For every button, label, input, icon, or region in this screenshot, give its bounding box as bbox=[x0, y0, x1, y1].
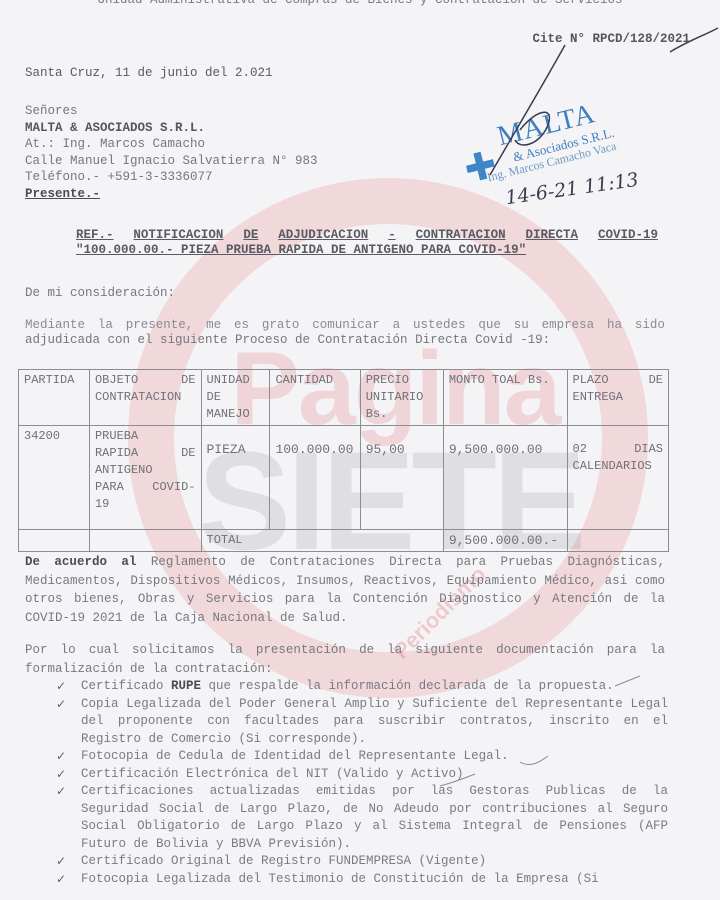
date-line: Santa Cruz, 11 de junio del 2.021 bbox=[25, 66, 273, 81]
table-row: 34200 PRUEBA RAPIDADE ANTIGENO PARACOVID… bbox=[19, 426, 669, 530]
checkmark-icon: ✓ bbox=[56, 766, 66, 784]
checkmark-icon: ✓ bbox=[56, 748, 66, 766]
header-cantidad: CANTIDAD bbox=[270, 370, 360, 426]
cell-precio: 95,00 bbox=[360, 426, 443, 530]
cell-objeto: PRUEBA RAPIDADE ANTIGENO PARACOVID- 19 bbox=[89, 426, 201, 530]
recipient-attention: At.: Ing. Marcos Camacho bbox=[25, 136, 318, 153]
adjudication-table: PARTIDA OBJETODE CONTRATACION UNIDADDEMA… bbox=[18, 369, 669, 552]
header-partida: PARTIDA bbox=[19, 370, 90, 426]
checkmark-icon: ✓ bbox=[56, 678, 66, 696]
checkmark-icon: ✓ bbox=[56, 853, 66, 871]
total-label: TOTAL bbox=[201, 530, 443, 552]
total-value: 9,500.000.00.- bbox=[443, 530, 567, 552]
intro-line-2: adjudicada con el siguiente Proceso de C… bbox=[25, 333, 665, 348]
header-objeto: OBJETODE CONTRATACION bbox=[89, 370, 201, 426]
document-item: ✓Certificado Original de Registro FUNDEM… bbox=[56, 853, 668, 871]
cite-number: Cite N° RPCD/128/2021 bbox=[532, 32, 690, 47]
header-precio: PRECIOUNITARIOBs. bbox=[360, 370, 443, 426]
reference-block: REF.-NOTIFICACIONDEADJUDICACION-CONTRATA… bbox=[76, 228, 658, 258]
document-item: ✓Certificaciones actualizadas emitidas p… bbox=[56, 783, 668, 853]
table-header-row: PARTIDA OBJETODE CONTRATACION UNIDADDEMA… bbox=[19, 370, 669, 426]
checkmark-icon: ✓ bbox=[56, 871, 66, 889]
letter-page: Pagina SIETE Periodismo Unidad Administr… bbox=[0, 0, 720, 900]
cell-partida: 34200 bbox=[19, 426, 90, 530]
checkmark-icon: ✓ bbox=[56, 696, 66, 714]
table-total-row: TOTAL 9,500.000.00.- bbox=[19, 530, 669, 552]
presente-label: Presente.- bbox=[25, 186, 318, 203]
reference-line-1: REF.-NOTIFICACIONDEADJUDICACION-CONTRATA… bbox=[76, 228, 658, 243]
header-plazo: PLAZODE ENTREGA bbox=[567, 370, 668, 426]
checkmark-icon: ✓ bbox=[56, 783, 66, 801]
document-item: ✓Fotocopia Legalizada del Testimonio de … bbox=[56, 871, 668, 889]
header-monto: MONTO TOAL Bs. bbox=[443, 370, 567, 426]
institution-header: Unidad Administrativa de Compras de Bien… bbox=[0, 0, 720, 8]
document-item: ✓Certificado RUPE que respalde la inform… bbox=[56, 678, 668, 696]
document-item: ✓Copia Legalizada del Poder General Ampl… bbox=[56, 696, 668, 749]
recipient-company: MALTA & ASOCIADOS S.R.L. bbox=[25, 120, 318, 137]
required-documents-list: ✓Certificado RUPE que respalde la inform… bbox=[56, 678, 668, 888]
maltese-cross-icon: ✚ bbox=[460, 142, 502, 192]
intro-paragraph: Mediantelapresente,meesgratocomunicaraus… bbox=[25, 318, 665, 348]
intro-line-1: Mediantelapresente,meesgratocomunicaraus… bbox=[25, 318, 665, 333]
recipient-block: Señores MALTA & ASOCIADOS S.R.L. At.: In… bbox=[25, 103, 318, 202]
regulation-lead: De acuerdo al bbox=[25, 555, 136, 569]
reference-line-2: "100.000.00.- PIEZA PRUEBA RAPIDA DE ANT… bbox=[76, 243, 658, 258]
cell-unidad: PIEZA bbox=[201, 426, 270, 530]
greeting: De mi consideración: bbox=[25, 286, 175, 301]
header-unidad: UNIDADDEMANEJO bbox=[201, 370, 270, 426]
cell-cantidad: 100.000.00 bbox=[270, 426, 360, 530]
cell-plazo: 02DIAS CALENDARIOS bbox=[567, 426, 668, 530]
recipient-phone: Teléfono.- +591-3-3336077 bbox=[25, 169, 318, 186]
document-item: ✓Fotocopia de Cedula de Identidad del Re… bbox=[56, 748, 668, 766]
regulation-paragraph: De acuerdo al Reglamento de Contratacion… bbox=[25, 553, 665, 627]
salutation: Señores bbox=[25, 103, 318, 120]
request-paragraph: Por lo cual solicitamos la presentación … bbox=[25, 641, 665, 678]
document-item: ✓Certificación Electrónica del NIT (Vali… bbox=[56, 766, 668, 784]
recipient-address: Calle Manuel Ignacio Salvatierra N° 983 bbox=[25, 153, 318, 170]
cell-monto: 9,500.000.00 bbox=[443, 426, 567, 530]
